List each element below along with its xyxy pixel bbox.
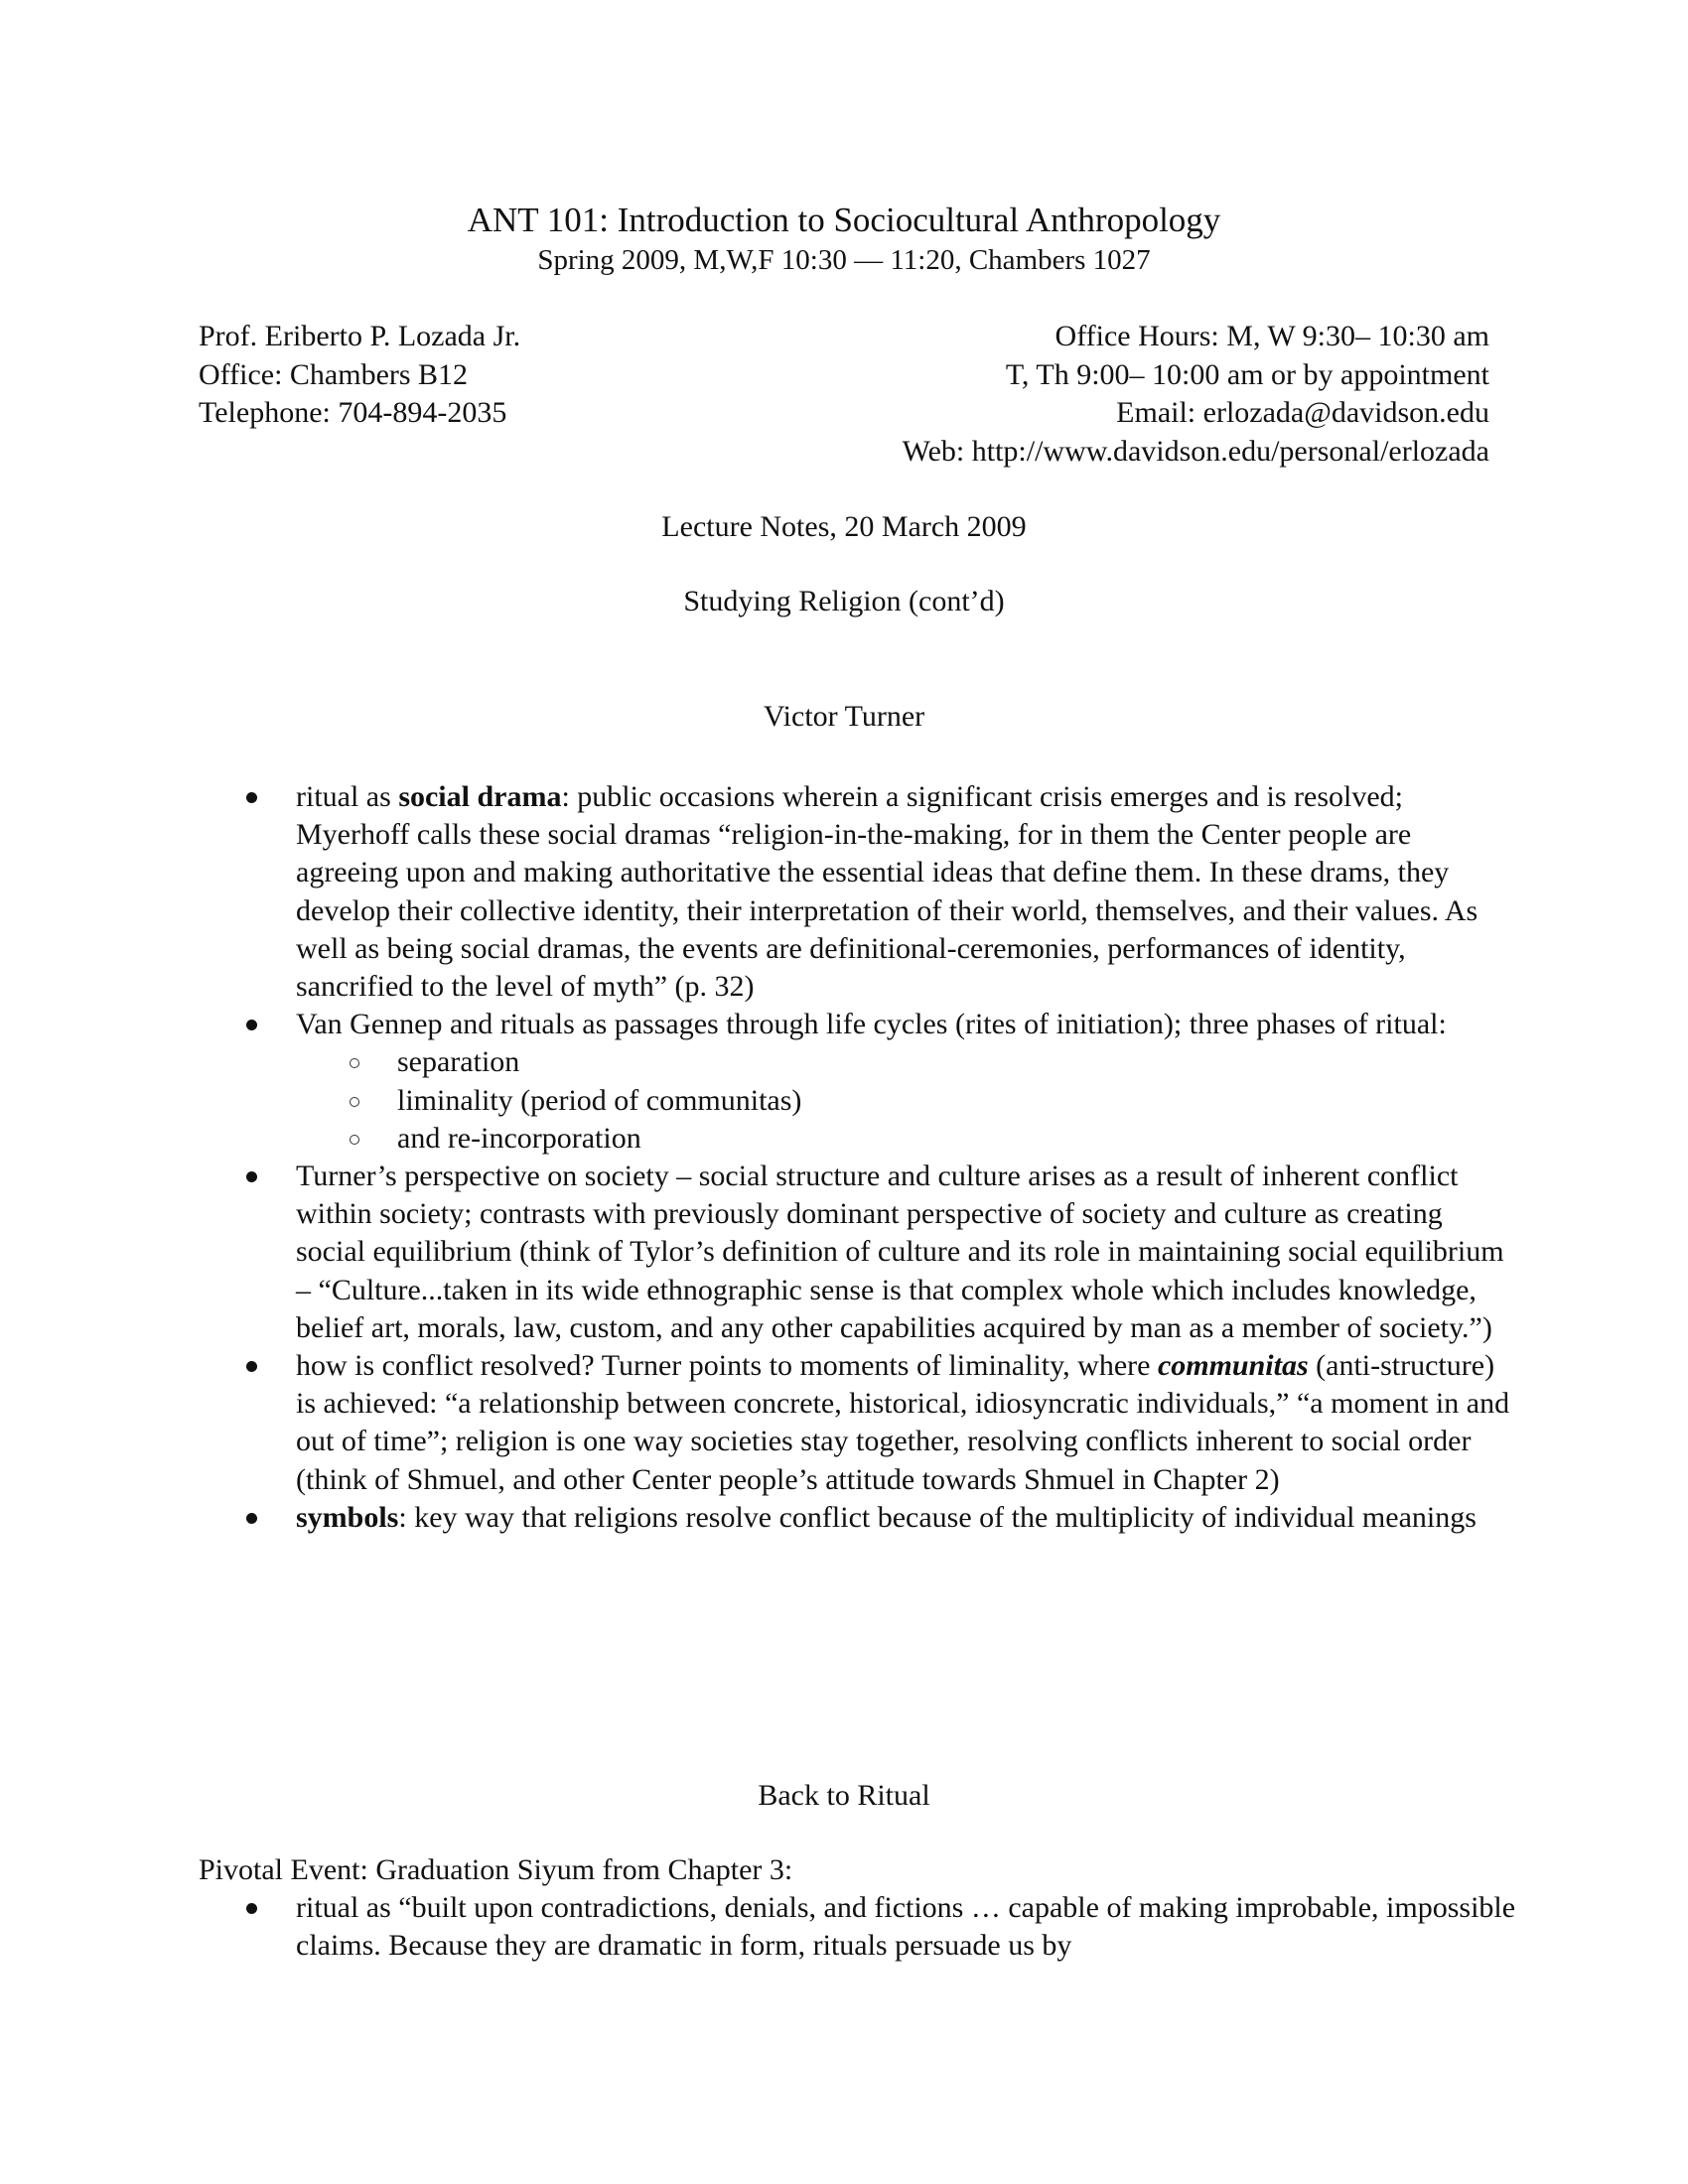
sub-item-text: separation bbox=[397, 1045, 519, 1078]
hollow-bullet-icon bbox=[350, 1058, 359, 1068]
office-hours-2: T, Th 9:00– 10:00 am or by appointment bbox=[903, 356, 1489, 395]
instructor-info: Prof. Eriberto P. Lozada Jr. Office: Cha… bbox=[199, 318, 520, 433]
bullet-text: Van Gennep and rituals as passages throu… bbox=[296, 1008, 1447, 1040]
instructor-office: Office: Chambers B12 bbox=[199, 356, 520, 395]
pivotal-event-label: Pivotal Event: Graduation Siyum from Cha… bbox=[199, 1851, 792, 1889]
contact-info: Office Hours: M, W 9:30– 10:30 am T, Th … bbox=[903, 318, 1489, 471]
bullet-text: how is conflict resolved? Turner points … bbox=[296, 1349, 1158, 1382]
bullet-icon bbox=[246, 1171, 257, 1182]
list-item: ritual as social drama: public occasions… bbox=[0, 778, 1517, 1006]
hollow-bullet-icon bbox=[350, 1135, 359, 1145]
list-item: how is conflict resolved? Turner points … bbox=[0, 1347, 1517, 1499]
bullet-icon bbox=[246, 1020, 257, 1030]
bold-term: symbols bbox=[296, 1501, 398, 1534]
document-page: ANT 101: Introduction to Sociocultural A… bbox=[0, 0, 1688, 2184]
bold-term: social drama bbox=[398, 780, 561, 813]
bold-italic-term: communitas bbox=[1158, 1349, 1309, 1382]
bullet-icon bbox=[246, 1903, 257, 1914]
bullet-text: ritual as bbox=[296, 780, 398, 813]
list-item: Turner’s perspective on society – social… bbox=[0, 1158, 1517, 1347]
list-item: ritual as “built upon contradictions, de… bbox=[0, 1889, 1517, 1965]
ritual-bullet-list: ritual as “built upon contradictions, de… bbox=[0, 1889, 1688, 1965]
course-schedule: Spring 2009, M,W,F 10:30 — 11:20, Chambe… bbox=[0, 242, 1688, 278]
bullet-text: Turner’s perspective on society – social… bbox=[296, 1160, 1504, 1344]
section-heading-victor-turner: Victor Turner bbox=[0, 698, 1688, 736]
list-item: Van Gennep and rituals as passages throu… bbox=[0, 1006, 1517, 1043]
email: Email: erlozada@davidson.edu bbox=[903, 394, 1489, 433]
web-address: Web: http://www.davidson.edu/personal/er… bbox=[903, 433, 1489, 472]
hollow-bullet-icon bbox=[350, 1097, 359, 1107]
sub-list-item: separation bbox=[0, 1043, 1688, 1081]
instructor-telephone: Telephone: 704-894-2035 bbox=[199, 394, 520, 433]
bullet-icon bbox=[246, 1513, 257, 1524]
section-heading-back-to-ritual: Back to Ritual bbox=[0, 1777, 1688, 1815]
sub-item-text: liminality (period of communitas) bbox=[397, 1084, 801, 1117]
list-item: symbols: key way that religions resolve … bbox=[0, 1499, 1517, 1537]
office-hours-1: Office Hours: M, W 9:30– 10:30 am bbox=[903, 318, 1489, 356]
instructor-name: Prof. Eriberto P. Lozada Jr. bbox=[199, 318, 520, 356]
lecture-topic-heading: Studying Religion (cont’d) bbox=[0, 583, 1688, 620]
bullet-text: : public occasions wherein a significant… bbox=[296, 780, 1477, 1003]
turner-bullet-list: ritual as social drama: public occasions… bbox=[0, 778, 1688, 1537]
bullet-text: ritual as “built upon contradictions, de… bbox=[296, 1891, 1515, 1962]
lecture-date-heading: Lecture Notes, 20 March 2009 bbox=[0, 508, 1688, 546]
bullet-text: : key way that religions resolve conflic… bbox=[398, 1501, 1477, 1534]
sub-list-item: and re-incorporation bbox=[0, 1120, 1688, 1158]
sub-list-item: liminality (period of communitas) bbox=[0, 1082, 1688, 1120]
bullet-icon bbox=[246, 792, 257, 803]
bullet-icon bbox=[246, 1361, 257, 1372]
course-title: ANT 101: Introduction to Sociocultural A… bbox=[0, 199, 1688, 242]
sub-item-text: and re-incorporation bbox=[397, 1122, 641, 1155]
